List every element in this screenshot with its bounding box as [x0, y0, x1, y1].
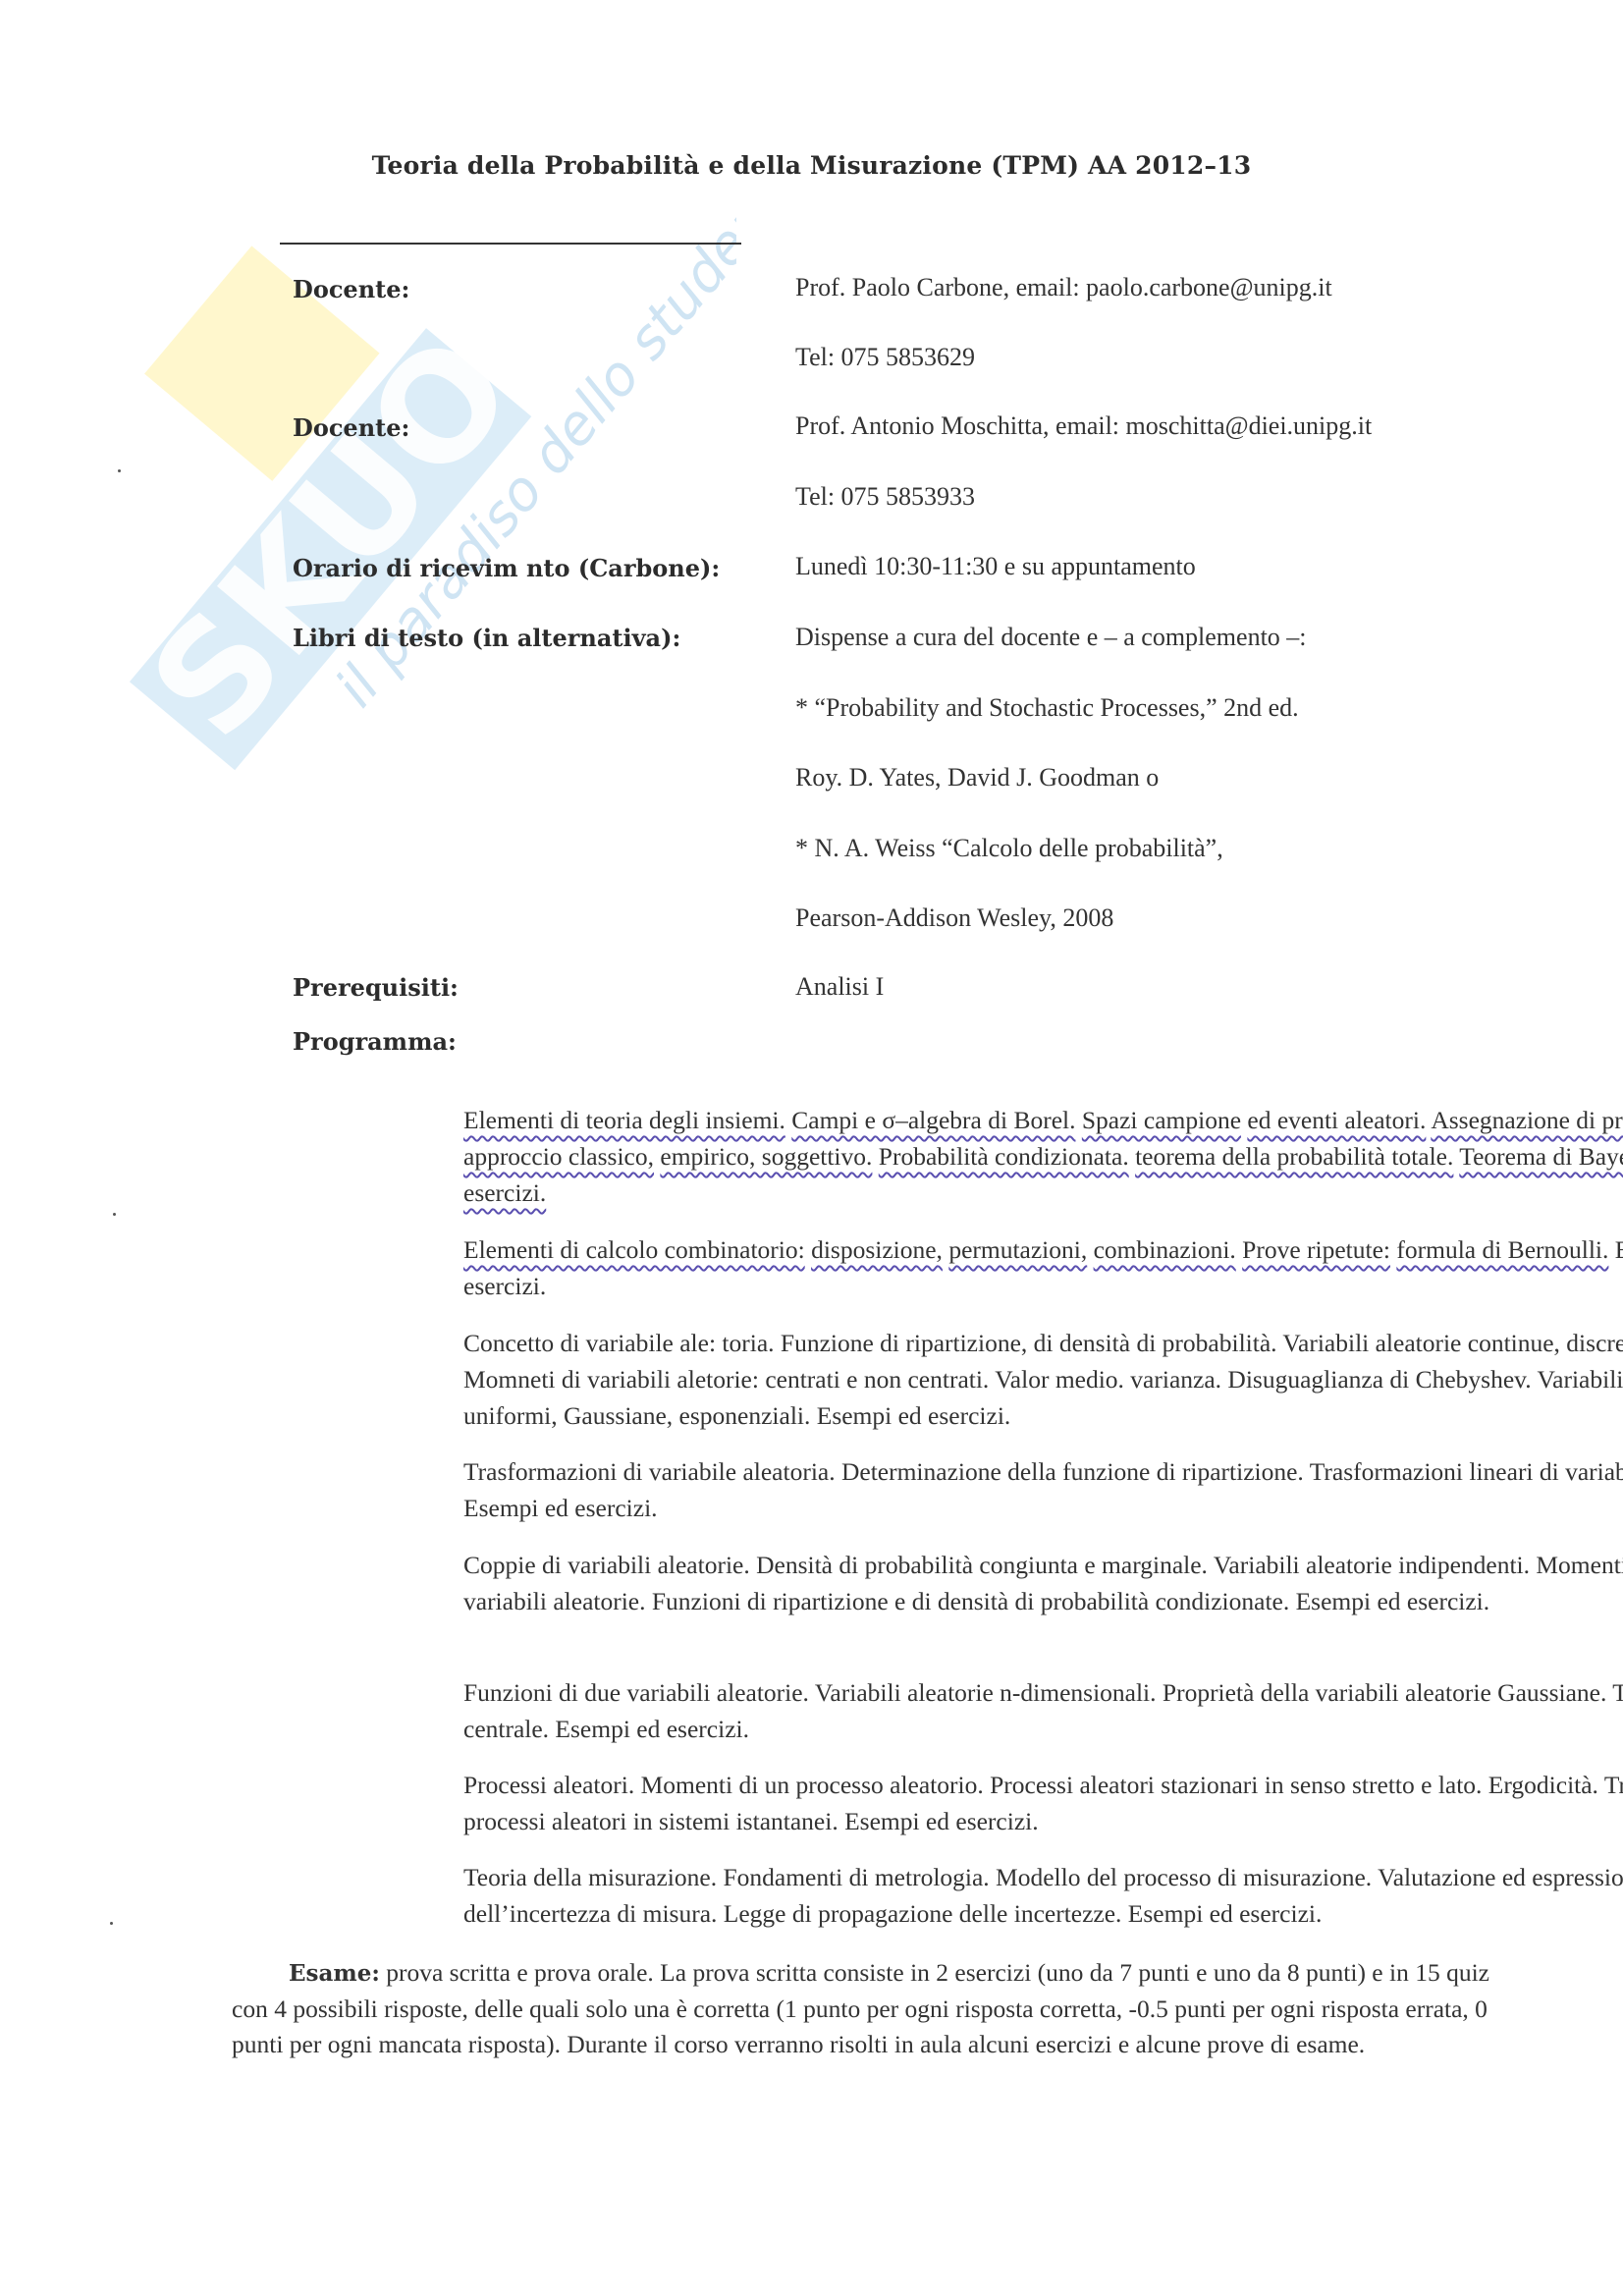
program-paragraph-5: Coppie di variabili aleatorie. Densità d…: [463, 1547, 1623, 1619]
program-paragraph-1: Elementi di teoria degli insiemi. Campi …: [463, 1102, 1623, 1211]
info-label-docente-1: Docente:: [293, 275, 409, 303]
info-label-prerequisiti: Prerequisiti:: [293, 973, 459, 1002]
docente-2-email: Prof. Antonio Moschitta, email: moschitt…: [795, 411, 1372, 441]
program-paragraph-4: Trasformazioni di variabile aleatoria. D…: [463, 1453, 1623, 1526]
skuola-watermark-logo: SKUOLA il paradiso dello studente: [29, 177, 736, 786]
program-paragraph-8: Teoria della misurazione. Fondamenti di …: [463, 1859, 1623, 1932]
docente-1-email: Prof. Paolo Carbone, email: paolo.carbon…: [795, 273, 1332, 302]
annotated-text: approccio classico,: [463, 1142, 654, 1171]
annotated-text: ed eventi aleatori.: [1247, 1106, 1426, 1134]
scan-speck: [110, 1922, 113, 1925]
exam-text: prova scritta e prova orale. La prova sc…: [232, 1958, 1489, 2058]
libri-value-4: Pearson-Addison Wesley, 2008: [795, 903, 1113, 933]
annotated-text: Spazi campione: [1082, 1106, 1241, 1134]
prerequisiti-value: Analisi I: [795, 972, 884, 1002]
program-paragraph-3: Concetto di variabile ale: toria. Funzio…: [463, 1325, 1623, 1434]
info-label-programma: Programma:: [293, 1027, 457, 1056]
info-label-orario: Orario di ricevim nto (Carbone):: [293, 554, 720, 582]
exam-label: Esame:: [232, 1960, 380, 1987]
program-paragraph-7: Processi aleatori. Momenti di un process…: [463, 1767, 1623, 1839]
annotated-text: disposizione,: [811, 1235, 943, 1264]
libri-value-3: * N. A. Weiss “Calcolo delle probabilità…: [795, 834, 1223, 863]
annotated-text: Elementi di calcolo combinatorio:: [463, 1235, 805, 1264]
program-paragraph-6: Funzioni di due variabili aleatorie. Var…: [463, 1674, 1623, 1747]
svg-text:SKUOLA: SKUOLA: [119, 177, 680, 770]
annotated-text: Teorema di Bayes.: [1459, 1142, 1623, 1171]
annotated-text: permutazioni,: [948, 1235, 1087, 1264]
document-page: SKUOLA il paradiso dello studente Teoria…: [0, 0, 1623, 2296]
annotated-text: Assegnazione di probabilità:: [1431, 1106, 1623, 1134]
info-label-libri: Libri di testo (in alternativa):: [293, 624, 680, 652]
page-title: Teoria della Probabilità e della Misuraz…: [0, 151, 1623, 180]
program-paragraph-2: Elementi di calcolo combinatorio: dispos…: [463, 1231, 1623, 1304]
annotated-text: formula di Bernoulli.: [1396, 1235, 1608, 1264]
annotated-text: teorema della probabilità totale.: [1135, 1142, 1453, 1171]
annotated-text: Campi e σ–algebra di Borel.: [791, 1106, 1075, 1134]
annotated-text: Probabilità condizionata.: [879, 1142, 1129, 1171]
libri-value-0: Dispense a cura del docente e – a comple…: [795, 623, 1307, 652]
scan-speck: [113, 1213, 116, 1216]
orario-value: Lunedì 10:30-11:30 e su appuntamento: [795, 552, 1196, 581]
info-label-docente-2: Docente:: [293, 413, 409, 442]
scan-speck: [118, 469, 121, 472]
docente-2-tel: Tel: 075 5853933: [795, 482, 975, 512]
libri-value-1: * “Probability and Stochastic Processes,…: [795, 693, 1299, 723]
title-rule: [280, 243, 741, 245]
annotated-text: combinazioni.: [1094, 1235, 1236, 1264]
annotated-text: Elementi di teoria degli insiemi.: [463, 1106, 785, 1134]
annotated-text: Prove ripetute:: [1242, 1235, 1390, 1264]
libri-value-2: Roy. D. Yates, David J. Goodman o: [795, 763, 1159, 793]
exam-section: Esame: prova scritta e prova orale. La p…: [232, 1955, 1528, 2062]
annotated-text: empirico, soggettivo.: [660, 1142, 872, 1171]
docente-1-tel: Tel: 075 5853629: [795, 343, 975, 372]
